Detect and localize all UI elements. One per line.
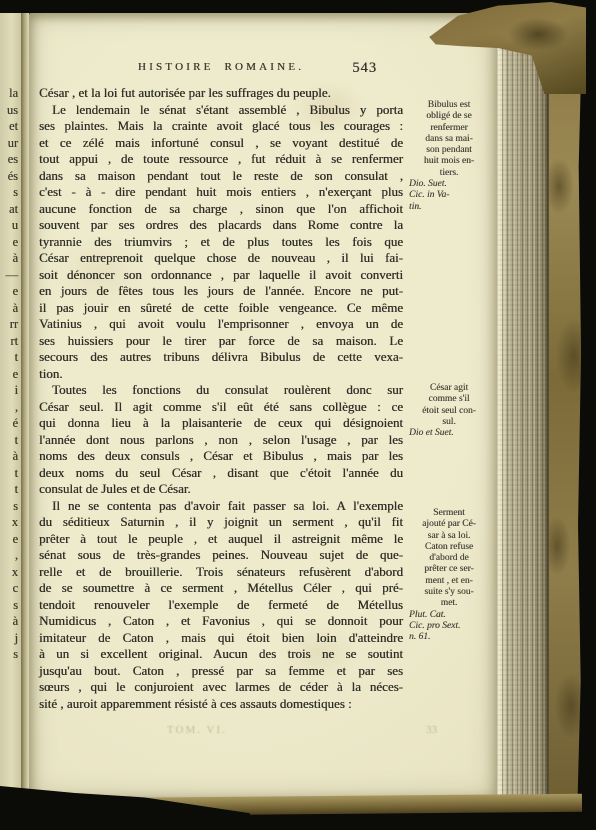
- text-line: tendoit renouveler l'exemple de fermeté …: [39, 597, 403, 614]
- text-line: il pas jouir en sûreté de cette foible v…: [39, 300, 403, 317]
- edge-fragment: i: [0, 382, 21, 399]
- edge-fragment: at: [0, 201, 21, 218]
- margin-note-reference: Dio et Suet.: [403, 428, 495, 439]
- margin-note-line: ajouté par Cé-: [403, 519, 495, 530]
- text-line: tout appui , de toute ressource , fut ré…: [39, 151, 403, 168]
- text-line: relle et de brouillerie. Trois sénateurs…: [39, 564, 403, 581]
- edge-fragment: —: [0, 267, 21, 284]
- text-line: en jours de fêtes tous les jours de l'an…: [39, 283, 403, 300]
- edge-fragment: c: [0, 580, 21, 597]
- ghost-signature-mark: 33: [426, 724, 437, 736]
- margin-note-line: obligé de se: [403, 111, 495, 122]
- text-line: et ce zélé mais infortuné consul , se vo…: [39, 135, 403, 152]
- margin-note-line: Caton refuse: [403, 542, 495, 553]
- margin-note-line: dans sa mai-: [403, 134, 495, 145]
- margin-note-line: sul.: [403, 417, 495, 428]
- margin-note-line: met.: [403, 598, 495, 609]
- text-line: ses plaintes. Mais la crainte avoit glac…: [39, 118, 403, 135]
- edge-fragment: s: [0, 184, 21, 201]
- book-gutter-fold: [21, 13, 29, 797]
- margin-note-line: prêter ce ser-: [403, 564, 495, 575]
- ghost-tome-mark: TOM. VI.: [167, 724, 227, 736]
- facing-page-edge: lausetureséssatueà—eàrrrttei,étàttsxe,xc…: [0, 13, 21, 795]
- text-line: dans sa maison pendant tout le reste de …: [39, 168, 403, 185]
- edge-fragment: e: [0, 234, 21, 251]
- edge-fragment: j: [0, 630, 21, 647]
- margin-note: Bibulus estobligé de serenfermerdans sa …: [403, 100, 495, 213]
- margin-note-line: César agit: [403, 383, 495, 394]
- edge-fragment: à: [0, 613, 21, 630]
- book-page: HISTOIRE ROMAINE. 543 César , et la loi …: [29, 13, 497, 799]
- text-line: de se soumettre à ce serment , Métellus …: [39, 580, 403, 597]
- edge-fragment: és: [0, 168, 21, 185]
- text-line: secours des autres tribuns délivra Bibul…: [39, 349, 403, 366]
- marbled-cover-edge: [549, 26, 582, 806]
- text-line: tion.: [39, 366, 403, 383]
- text-line: César seul. Il agit comme s'il eût été s…: [39, 399, 403, 416]
- page-stack-fore-edge: [497, 24, 549, 806]
- facing-page-top-margin: [0, 13, 21, 85]
- edge-fragment: rt: [0, 333, 21, 350]
- margin-note-line: d'abord de: [403, 553, 495, 564]
- edge-fragment: s: [0, 597, 21, 614]
- text-line: imitateur de Caton , mais qui étoit bien…: [39, 630, 403, 647]
- text-line: Il ne se contenta pas d'avoir fait passe…: [39, 498, 403, 515]
- margin-note: César agitcomme s'ilétoit seul con-sul.D…: [403, 383, 495, 439]
- text-line: César , et la loi fut autorisée par les …: [39, 85, 403, 102]
- margin-note-reference: Dio. Suet.: [403, 179, 495, 190]
- edge-fragment: es: [0, 151, 21, 168]
- text-line: deux noms du seul César , disant que c'é…: [39, 465, 403, 482]
- facing-page-text-fragments: lausetureséssatueà—eàrrrttei,étàttsxe,xc…: [0, 85, 21, 745]
- margin-note-reference: Cic. pro Sext.: [403, 621, 495, 632]
- margin-note-reference: tin.: [403, 202, 495, 213]
- edge-fragment: [0, 712, 21, 729]
- margin-note-line: Bibulus est: [403, 100, 495, 111]
- edge-fragment: [0, 696, 21, 713]
- main-text-block: César , et la loi fut autorisée par les …: [39, 85, 403, 712]
- edge-fragment: t: [0, 432, 21, 449]
- text-line: à un si excellent original. Aucun des tr…: [39, 646, 403, 663]
- margin-note-line: Serment: [403, 508, 495, 519]
- margin-note-reference: n. 61.: [403, 632, 495, 643]
- text-line: ses huissiers pour le tirer par force de…: [39, 333, 403, 350]
- edge-fragment: us: [0, 102, 21, 119]
- text-line: sité , auroit apparemment résisté à ces …: [39, 696, 403, 713]
- edge-fragment: x: [0, 514, 21, 531]
- text-line: l'année dont nous parlons , non , selon …: [39, 432, 403, 449]
- page-title: HISTOIRE ROMAINE.: [39, 61, 403, 73]
- show-through-footer: TOM. VI. 33: [39, 724, 439, 739]
- edge-fragment: à: [0, 250, 21, 267]
- text-line: souvent par ses ordres des placards dans…: [39, 217, 403, 234]
- edge-fragment: s: [0, 498, 21, 515]
- margin-note-line: sar à sa loi.: [403, 531, 495, 542]
- edge-fragment: e: [0, 531, 21, 548]
- edge-fragment: [0, 663, 21, 680]
- text-line: c'est - à - dire pendant huit mois entie…: [39, 184, 403, 201]
- margin-note-line: ment , et en-: [403, 576, 495, 587]
- text-line: noms des deux consuls , César et Bibulus…: [39, 448, 403, 465]
- margin-note-reference: Plut. Cat.: [403, 610, 495, 621]
- edge-fragment: ur: [0, 135, 21, 152]
- margin-note-line: tiers.: [403, 168, 495, 179]
- margin-note-reference: Cic. in Va-: [403, 190, 495, 201]
- text-line: aucune fonction de sa charge , sinon que…: [39, 201, 403, 218]
- edge-fragment: é: [0, 415, 21, 432]
- margin-note-line: suite s'y sou-: [403, 587, 495, 598]
- text-line: consulat de Jules et de César.: [39, 481, 403, 498]
- text-line: Le lendemain le sénat s'étant assemblé ,…: [39, 102, 403, 119]
- edge-fragment: à: [0, 300, 21, 317]
- edge-fragment: x: [0, 564, 21, 581]
- edge-fragment: u: [0, 217, 21, 234]
- edge-fragment: e: [0, 283, 21, 300]
- margin-note-line: comme s'il: [403, 394, 495, 405]
- edge-fragment: [0, 679, 21, 696]
- text-line: jusqu'au bout. Caton , pressé par sa fem…: [39, 663, 403, 680]
- margin-note-line: huit mois en-: [403, 156, 495, 167]
- page-number: 543: [352, 60, 377, 77]
- margin-note-line: son pendant: [403, 145, 495, 156]
- text-line: qui donna lieu à la plaisanterie de ceux…: [39, 415, 403, 432]
- edge-fragment: s: [0, 646, 21, 663]
- edge-fragment: [0, 729, 21, 746]
- scanned-book-photo: lausetureséssatueà—eàrrrttei,étàttsxe,xc…: [0, 0, 596, 830]
- edge-fragment: t: [0, 349, 21, 366]
- margin-note-line: étoit seul con-: [403, 406, 495, 417]
- edge-fragment: la: [0, 85, 21, 102]
- text-line: César entreprenoit quelque chose de nouv…: [39, 250, 403, 267]
- text-line: du séditieux Saturnin , il y joignit un …: [39, 514, 403, 531]
- edge-fragment: e: [0, 366, 21, 383]
- edge-fragment: et: [0, 118, 21, 135]
- text-line: sénat sous de très-grandes peines. Nouve…: [39, 547, 403, 564]
- text-line: Numidicus , Caton , et Favonius , qui se…: [39, 613, 403, 630]
- text-line: tyrannie des triumvirs ; et de plus tout…: [39, 234, 403, 251]
- margin-note-line: renfermer: [403, 123, 495, 134]
- text-line: sœurs , qui le conjuroient avec larmes d…: [39, 679, 403, 696]
- edge-fragment: ,: [0, 547, 21, 564]
- text-line: prêter à tout le peuple , et auquel il a…: [39, 531, 403, 548]
- margin-note: Sermentajouté par Cé-sar à sa loi.Caton …: [403, 508, 495, 644]
- text-line: soit dénoncer son ordonnance , par laque…: [39, 267, 403, 284]
- edge-fragment: t: [0, 465, 21, 482]
- text-line: Vatinius , qui avoit voulu l'emprisonner…: [39, 316, 403, 333]
- text-line: Toutes les fonctions du consulat roulère…: [39, 382, 403, 399]
- edge-fragment: à: [0, 448, 21, 465]
- edge-fragment: t: [0, 481, 21, 498]
- edge-fragment: ,: [0, 399, 21, 416]
- running-header: HISTOIRE ROMAINE. 543: [39, 61, 403, 79]
- edge-fragment: rr: [0, 316, 21, 333]
